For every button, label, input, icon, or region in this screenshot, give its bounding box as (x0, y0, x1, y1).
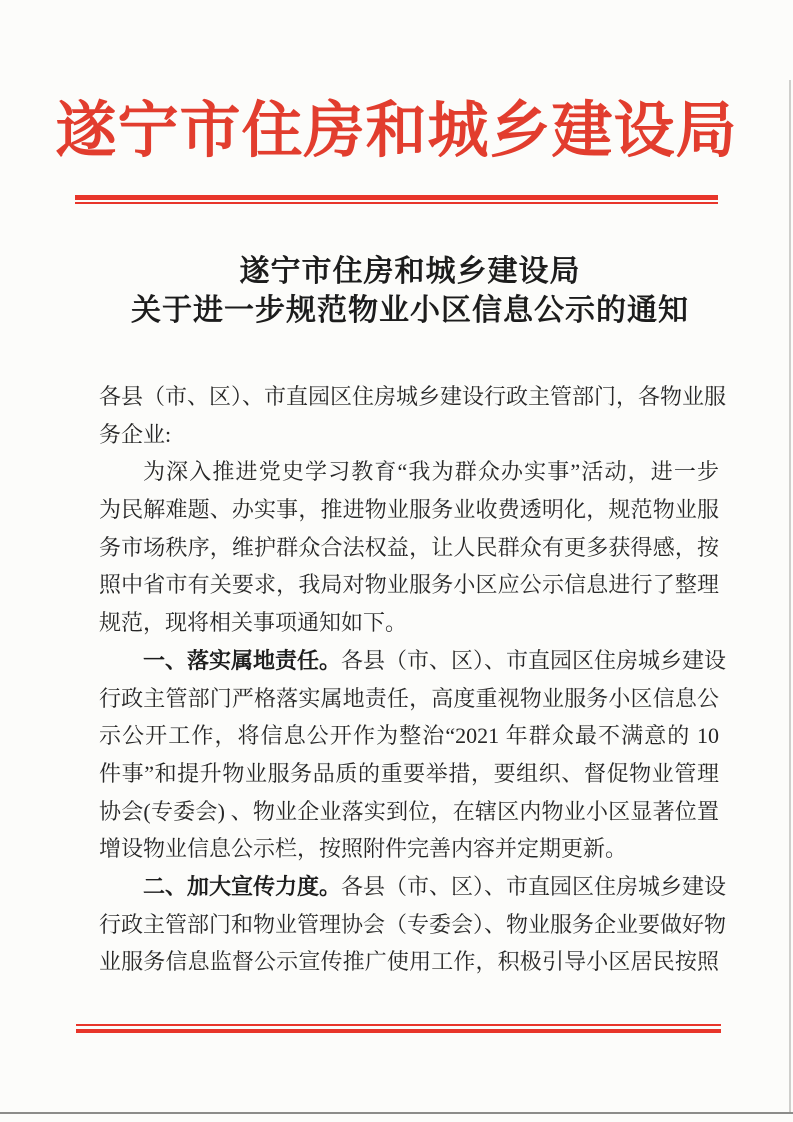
bold-lead: 一、落实属地责任。 (143, 648, 341, 673)
body-line: 为深入推进党史学习教育“我为群众办实事”活动，进一步 (99, 453, 719, 491)
body-line: 增设物业信息公示栏，按照附件完善内容并定期更新。 (99, 830, 719, 868)
scan-page-edge-bottom (0, 1112, 793, 1114)
body-line: 二、加大宣传力度。各县（市、区）、市直园区住房城乡建设 (99, 868, 719, 906)
document-title-line2: 关于进一步规范物业小区信息公示的通知 (99, 291, 721, 330)
body-line: 各县（市、区）、市直园区住房城乡建设行政主管部门，各物业服 (99, 378, 719, 416)
document-title: 遂宁市住房和城乡建设局 关于进一步规范物业小区信息公示的通知 (99, 252, 721, 330)
body-line: 业服务信息监督公示宣传推广使用工作，积极引导小区居民按照 (99, 943, 719, 981)
body-line: 务企业: (99, 416, 719, 454)
body-line: 协会(专委会) 、物业企业落实到位，在辖区内物业小区显著位置 (99, 793, 719, 831)
body-line: 照中省市有关要求，我局对物业服务小区应公示信息进行了整理 (99, 566, 719, 604)
document-title-line1: 遂宁市住房和城乡建设局 (99, 252, 721, 291)
body-line: 一、落实属地责任。各县（市、区）、市直园区住房城乡建设 (99, 642, 719, 680)
body-line: 件事”和提升物业服务品质的重要举措，要组织、督促物业管理 (99, 755, 719, 793)
letterhead-double-rule (75, 195, 718, 204)
body-line: 为民解难题、办实事，推进物业服务业收费透明化，规范物业服 (99, 491, 719, 529)
letterhead-agency-name: 遂宁市住房和城乡建设局 (0, 84, 793, 180)
body-line: 行政主管部门和物业管理协会（专委会）、物业服务企业要做好物 (99, 906, 719, 944)
document-body: 各县（市、区）、市直园区住房城乡建设行政主管部门，各物业服务企业:为深入推进党史… (99, 378, 719, 981)
body-line: 行政主管部门严格落实属地责任，高度重视物业服务小区信息公 (99, 680, 719, 718)
body-line: 示公开工作，将信息公开作为整治“2021 年群众最不满意的 10 (99, 717, 719, 755)
footer-double-rule (76, 1024, 721, 1033)
document-page: 遂宁市住房和城乡建设局 遂宁市住房和城乡建设局 关于进一步规范物业小区信息公示的… (0, 0, 793, 1122)
body-line: 务市场秩序，维护群众合法权益，让人民群众有更多获得感，按 (99, 529, 719, 567)
bold-lead: 二、加大宣传力度。 (143, 874, 341, 899)
body-line: 规范，现将相关事项通知如下。 (99, 604, 719, 642)
scan-page-edge-right (789, 80, 791, 1112)
